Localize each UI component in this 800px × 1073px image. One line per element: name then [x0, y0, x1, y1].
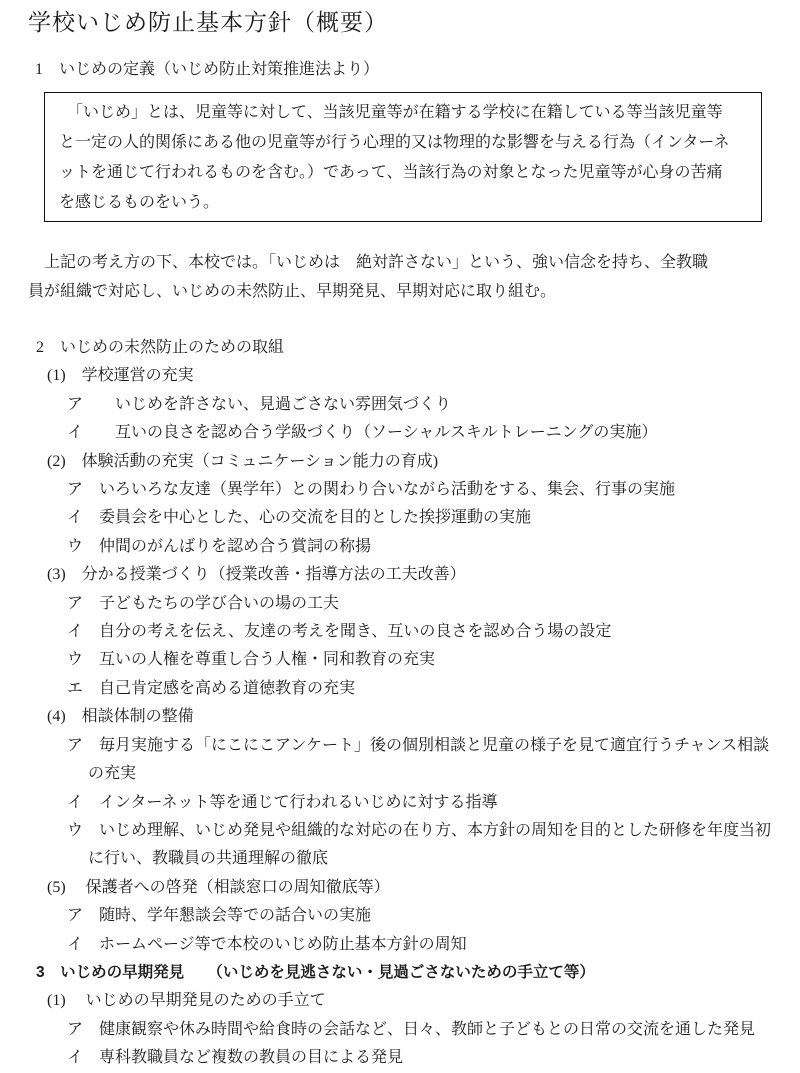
outline-line: ア いろいろな友達（異学年）との関わり合いながら活動をする、集会、行事の実施	[0, 476, 800, 504]
outline-line: ア いじめを許さない、見過ごさない雰囲気づくり	[0, 391, 800, 419]
outline-line: (3) 分かる授業づくり（授業改善・指導方法の工夫改善）	[0, 561, 800, 589]
summary-paragraph: 上記の考え方の下、本校では。「いじめは 絶対許さない」という、強い信念を持ち、全…	[28, 248, 800, 306]
outline-line: ウ 仲間のがんばりを認め合う賞詞の称揚	[0, 533, 800, 561]
definition-box-line: 「いじめ」とは、児童等に対して、当該児童等が在籍する学校に在籍している等当該児童…	[59, 98, 747, 128]
outline-line: (4) 相談体制の整備	[0, 703, 800, 731]
summary-paragraph-line: 上記の考え方の下、本校では。「いじめは 絶対許さない」という、強い信念を持ち、全…	[28, 248, 800, 277]
outline-line: ア 健康観察や休み時間や給食時の会話など、日々、教師と子どもとの日常の交流を通し…	[0, 1016, 800, 1044]
outline-line: の充実	[0, 760, 800, 788]
section1-heading: 1 いじめの定義（いじめ防止対策推進法より）	[35, 58, 800, 82]
outline-line: ア 随時、学年懇談会等での話合いの実施	[0, 902, 800, 930]
outline-line: エ 自己肯定感を高める道徳教育の充実	[0, 675, 800, 703]
definition-box-line: と一定の人的関係にある他の児童等が行う心理的又は物理的な影響を与える行為（インタ…	[59, 128, 747, 158]
outline-line: (1) 学校運営の充実	[0, 362, 800, 390]
outline: 2 いじめの未然防止のための取組(1) 学校運営の充実ア いじめを許さない、見過…	[0, 334, 800, 1073]
outline-line: イ 互いの良さを認め合う学級づくり（ソーシャルスキルトレーニングの実施）	[0, 419, 800, 447]
outline-line: イ ホームページ等で本校のいじめ防止基本方針の周知	[0, 931, 800, 959]
outline-line: ア 子どもたちの学び合いの場の工夫	[0, 590, 800, 618]
outline-line: に行い、教職員の共通理解の徹底	[0, 845, 800, 873]
outline-line: ウ いじめ理解、いじめ発見や組織的な対応の在り方、本方針の周知を目的とした研修を…	[0, 817, 800, 845]
definition-box: 「いじめ」とは、児童等に対して、当該児童等が在籍する学校に在籍している等当該児童…	[44, 92, 762, 222]
outline-line: (1) いじめの早期発見のための手立て	[0, 987, 800, 1015]
outline-line: (2) 体験活動の充実（コミュニケーション能力の育成)	[0, 448, 800, 476]
outline-line: 2 いじめの未然防止のための取組	[0, 334, 800, 362]
outline-line: イ 自分の考えを伝え、友達の考えを聞き、互いの良さを認め合う場の設定	[0, 618, 800, 646]
document-page: 学校いじめ防止基本方針（概要） 1 いじめの定義（いじめ防止対策推進法より） 「…	[0, 0, 800, 1073]
outline-line: ウ 互いの人権を尊重し合う人権・同和教育の充実	[0, 646, 800, 674]
definition-box-line: を感じるものをいう。	[59, 188, 747, 218]
outline-line: イ インターネット等を通じて行われるいじめに対する指導	[0, 789, 800, 817]
summary-paragraph-line: 員が組織で対応し、いじめの未然防止、早期発見、早期対応に取り組む。	[28, 277, 800, 306]
outline-line: ア 毎月実施する「にこにこアンケート」後の個別相談と児童の様子を見て適宜行うチャ…	[0, 732, 800, 760]
definition-box-line: ットを通じて行われるものを含む。）であって、当該行為の対象となった児童等が心身の…	[59, 158, 747, 188]
outline-line: 3 いじめの早期発見 （いじめを見逃さない・見過ごさないための手立て等）	[0, 959, 800, 987]
outline-line: イ 専科教職員など複数の教員の目による発見	[0, 1044, 800, 1072]
outline-line: (5) 保護者への啓発（相談窓口の周知徹底等）	[0, 874, 800, 902]
outline-line: イ 委員会を中心とした、心の交流を目的とした挨拶運動の実施	[0, 504, 800, 532]
document-title: 学校いじめ防止基本方針（概要）	[28, 6, 800, 40]
